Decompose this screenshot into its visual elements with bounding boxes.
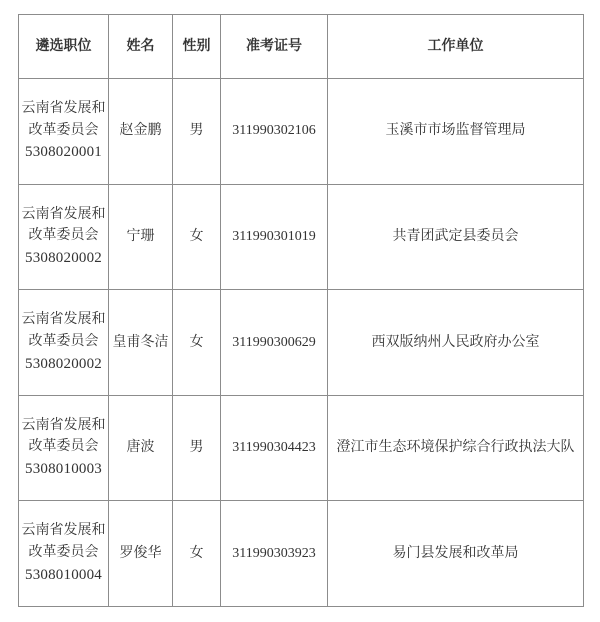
position-org: 云南省发展和改革委员会 <box>22 418 106 455</box>
cell-position: 云南省发展和改革委员会 5308020002 <box>19 290 109 396</box>
cell-work-unit: 共青团武定县委员会 <box>328 184 584 290</box>
cell-position: 云南省发展和改革委员会 5308020001 <box>19 79 109 185</box>
cell-position: 云南省发展和改革委员会 5308010004 <box>19 501 109 607</box>
cell-gender: 女 <box>173 184 221 290</box>
position-code: 5308010004 <box>20 564 107 587</box>
cell-work-unit: 易门县发展和改革局 <box>328 501 584 607</box>
cell-gender: 女 <box>173 290 221 396</box>
cell-gender: 男 <box>173 395 221 501</box>
cell-name: 唐波 <box>109 395 173 501</box>
table-row: 云南省发展和改革委员会 5308010003 唐波 男 311990304423… <box>19 395 584 501</box>
position-org: 云南省发展和改革委员会 <box>22 312 106 349</box>
position-code: 5308020002 <box>20 353 107 376</box>
cell-work-unit: 澄江市生态环境保护综合行政执法大队 <box>328 395 584 501</box>
column-header-unit: 工作单位 <box>328 15 584 79</box>
position-org: 云南省发展和改革委员会 <box>22 523 106 560</box>
candidate-roster-table: 遴选职位 姓名 性别 准考证号 工作单位 云南省发展和改革委员会 5308020… <box>18 14 584 607</box>
cell-ticket: 311990302106 <box>221 79 328 185</box>
position-org: 云南省发展和改革委员会 <box>22 207 106 244</box>
table-row: 云南省发展和改革委员会 5308020002 宁珊 女 311990301019… <box>19 184 584 290</box>
table-row: 云南省发展和改革委员会 5308010004 罗俊华 女 31199030392… <box>19 501 584 607</box>
cell-ticket: 311990301019 <box>221 184 328 290</box>
cell-ticket: 311990304423 <box>221 395 328 501</box>
column-header-ticket: 准考证号 <box>221 15 328 79</box>
table-row: 云南省发展和改革委员会 5308020001 赵金鹏 男 31199030210… <box>19 79 584 185</box>
column-header-position: 遴选职位 <box>19 15 109 79</box>
cell-work-unit: 玉溪市市场监督管理局 <box>328 79 584 185</box>
cell-position: 云南省发展和改革委员会 5308020002 <box>19 184 109 290</box>
position-org: 云南省发展和改革委员会 <box>22 101 106 138</box>
document-page: 遴选职位 姓名 性别 准考证号 工作单位 云南省发展和改革委员会 5308020… <box>0 0 600 622</box>
column-header-name: 姓名 <box>109 15 173 79</box>
cell-ticket: 311990303923 <box>221 501 328 607</box>
cell-name: 宁珊 <box>109 184 173 290</box>
position-code: 5308020001 <box>20 141 107 164</box>
column-header-gender: 性别 <box>173 15 221 79</box>
table-row: 云南省发展和改革委员会 5308020002 皇甫冬洁 女 3119903006… <box>19 290 584 396</box>
cell-name: 皇甫冬洁 <box>109 290 173 396</box>
position-code: 5308020002 <box>20 247 107 270</box>
cell-name: 赵金鹏 <box>109 79 173 185</box>
position-code: 5308010003 <box>20 458 107 481</box>
cell-work-unit: 西双版纳州人民政府办公室 <box>328 290 584 396</box>
cell-name: 罗俊华 <box>109 501 173 607</box>
cell-ticket: 311990300629 <box>221 290 328 396</box>
cell-gender: 男 <box>173 79 221 185</box>
header-row: 遴选职位 姓名 性别 准考证号 工作单位 <box>19 15 584 79</box>
cell-gender: 女 <box>173 501 221 607</box>
cell-position: 云南省发展和改革委员会 5308010003 <box>19 395 109 501</box>
